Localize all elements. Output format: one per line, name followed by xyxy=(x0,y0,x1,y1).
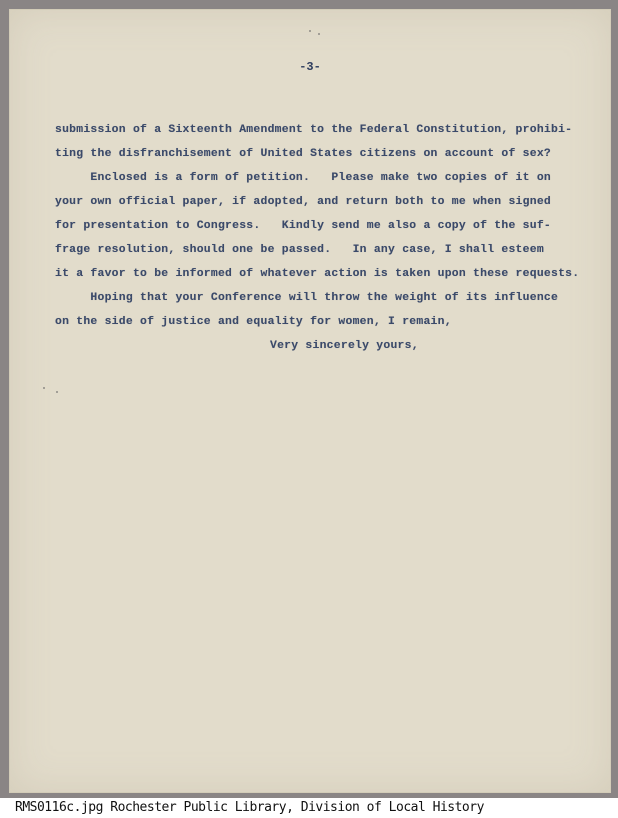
scan-frame: -3- submission of a Sixteenth Amendment … xyxy=(0,0,618,798)
paper-speck xyxy=(318,33,320,35)
text-line: Hoping that your Conference will throw t… xyxy=(55,292,558,304)
paper-speck xyxy=(43,387,45,389)
closing-salutation: Very sincerely yours, xyxy=(270,340,419,352)
text-line: for presentation to Congress. Kindly sen… xyxy=(55,220,551,232)
paper-speck xyxy=(56,391,58,393)
text-line: on the side of justice and equality for … xyxy=(55,316,452,328)
text-line: it a favor to be informed of whatever ac… xyxy=(55,268,579,280)
paper-speck xyxy=(309,30,311,32)
text-line: submission of a Sixteenth Amendment to t… xyxy=(55,124,572,136)
image-caption: RMS0116c.jpg Rochester Public Library, D… xyxy=(15,800,484,815)
page-number: -3- xyxy=(9,60,611,74)
text-line: ting the disfranchisement of United Stat… xyxy=(55,148,551,160)
text-line: Enclosed is a form of petition. Please m… xyxy=(55,172,551,184)
text-line: your own official paper, if adopted, and… xyxy=(55,196,551,208)
letter-page: -3- submission of a Sixteenth Amendment … xyxy=(9,9,611,793)
text-line: frage resolution, should one be passed. … xyxy=(55,244,544,256)
